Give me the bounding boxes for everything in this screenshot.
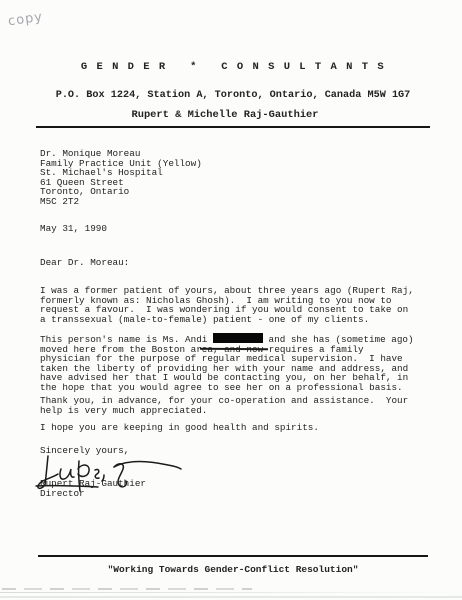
copy-annotation: copy [7, 10, 44, 30]
signer-title: Director [40, 489, 85, 499]
scan-artifact-line [2, 588, 252, 590]
recipient-address: Dr. Monique MoreauFamily Practice Unit (… [40, 149, 202, 207]
org-name: G E N D E R * C O N S U L T A N T S [36, 61, 430, 73]
letter-date: May 31, 1990 [40, 224, 107, 234]
recipient-address-line: M5C 2T2 [40, 197, 202, 207]
body-paragraph-1: I was a former patient of yours, about t… [40, 286, 450, 324]
header-rule [36, 126, 430, 128]
body-paragraph-2: This person's name is Ms. Andi and she h… [40, 333, 450, 393]
redaction-box [213, 333, 263, 343]
para2-text-after-redaction: and she has (sometime ago) moved here fr… [40, 334, 414, 393]
footer-rule [38, 555, 428, 557]
letter-page: copy G E N D E R * C O N S U L T A N T S… [0, 0, 462, 600]
body-paragraph-4: I hope you are keeping in good health an… [40, 423, 450, 433]
org-address: P.O. Box 1224, Station A, Toronto, Ontar… [20, 90, 446, 101]
body-paragraph-3: Thank you, in advance, for your co-opera… [40, 396, 450, 415]
salutation: Dear Dr. Moreau: [40, 258, 129, 268]
scan-artifact-line [0, 596, 462, 598]
org-principals: Rupert & Michelle Raj-Gauthier [20, 109, 430, 121]
footer-slogan: "Working Towards Gender-Conflict Resolut… [20, 564, 446, 575]
scan-artifact-line [0, 592, 462, 593]
